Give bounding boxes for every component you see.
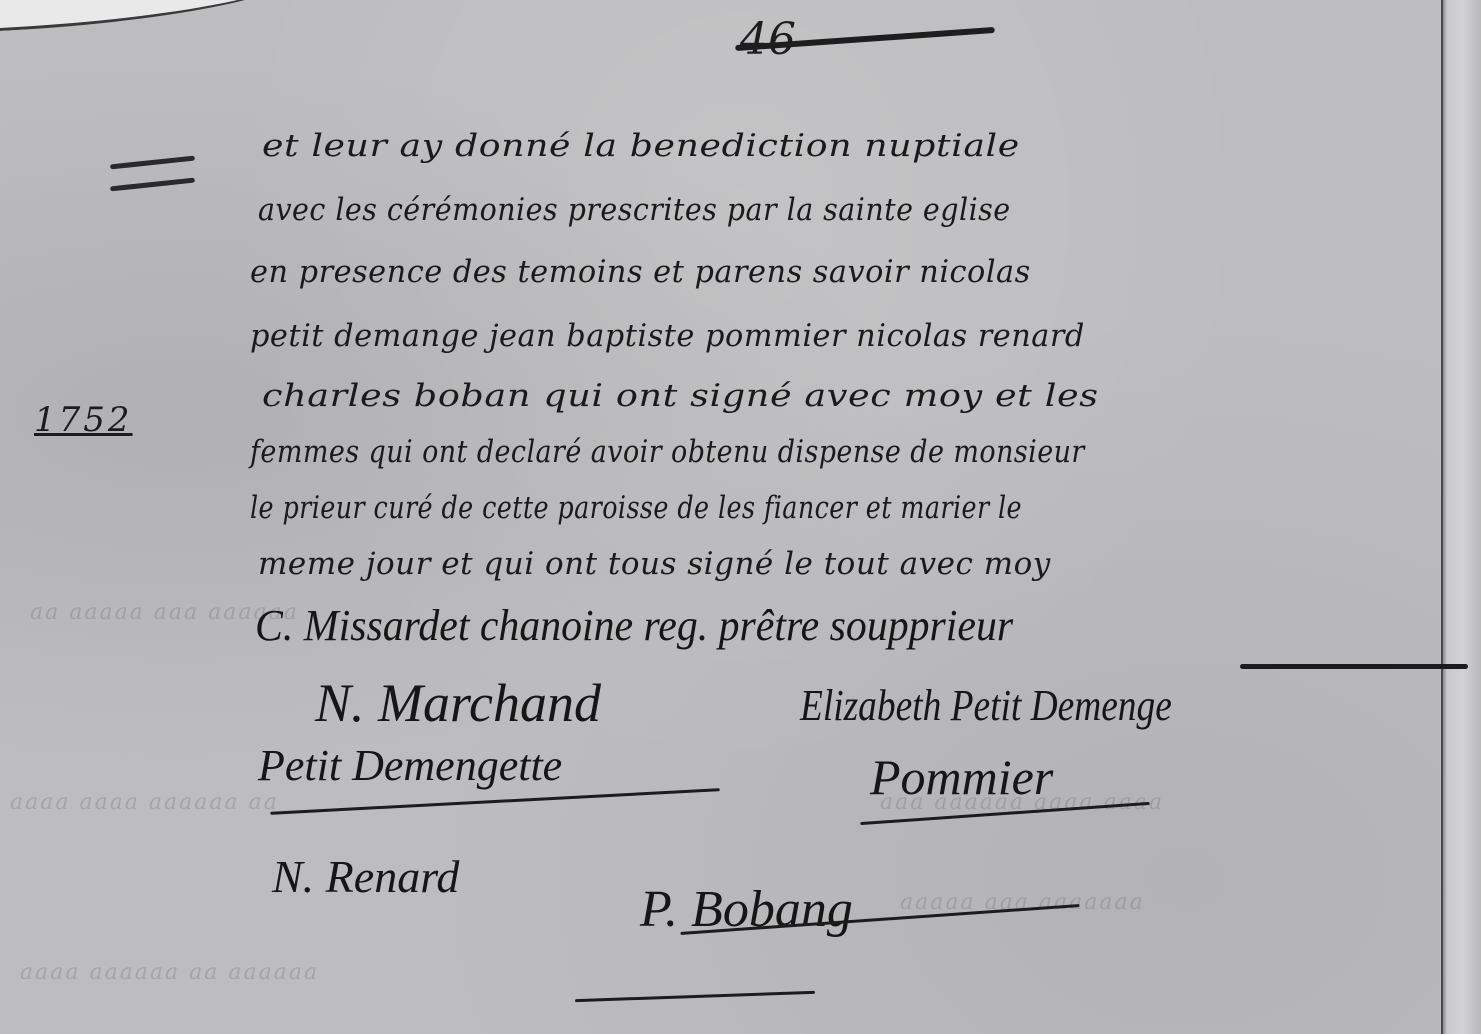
signature-elizabeth-petit-demenge: Elizabeth Petit Demenge: [800, 680, 1172, 731]
margin-year: 1752: [34, 400, 133, 440]
margin-mark-line: [110, 178, 195, 192]
body-line: le prieur curé de cette paroisse de les …: [250, 490, 1022, 526]
body-line: petit demange jean baptiste pommier nico…: [250, 318, 1085, 354]
signature-pommier: Pommier: [870, 748, 1053, 806]
signature-rule: [1240, 664, 1468, 669]
page-number: 46: [740, 14, 796, 65]
signature-flourish: [270, 788, 720, 815]
bleed-through-text: aaaaa aaa aaaaaaa: [900, 890, 1145, 915]
document-page: aa aaaaa aaa aaaaaa aaaa aaaa aaaaaa aa …: [0, 0, 1481, 1034]
body-line: meme jour et qui ont tous signé le tout …: [258, 546, 1051, 582]
body-line: femmes qui ont declaré avoir obtenu disp…: [250, 434, 1085, 470]
body-line: avec les cérémonies prescrites par la sa…: [258, 192, 1011, 228]
signature-renard: N. Renard: [272, 850, 459, 903]
body-line: et leur ay donné la benediction nuptiale: [262, 128, 1020, 164]
signature-marchand: N. Marchand: [315, 672, 601, 734]
signature-flourish: [575, 991, 815, 1002]
officiant-signature: C. Missardet chanoine reg. prêtre souppr…: [255, 600, 1013, 651]
margin-mark-line: [110, 156, 195, 170]
torn-page-edge: [0, 0, 300, 31]
binding-gutter: [1441, 0, 1481, 1034]
signature-petit-demengette: Petit Demengette: [258, 740, 562, 791]
bleed-through-text: aaaa aaaaaa aa aaaaaa: [20, 960, 319, 985]
body-line: charles boban qui ont signé avec moy et …: [262, 378, 1099, 414]
body-line: en presence des temoins et parens savoir…: [250, 254, 1031, 290]
bleed-through-text: aaaa aaaa aaaaaa aa: [10, 790, 279, 815]
